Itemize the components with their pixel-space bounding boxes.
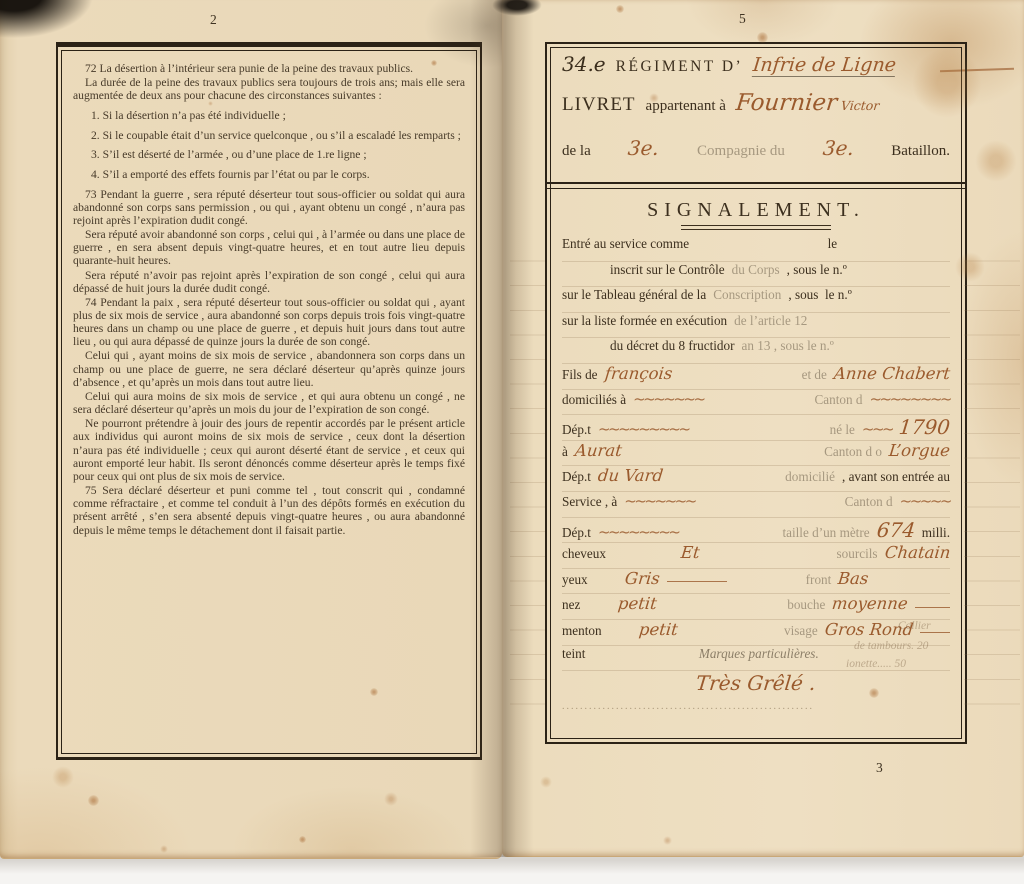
printed-text: Service , à: [562, 494, 617, 510]
owner-firstname-handwritten: Victor: [840, 98, 880, 113]
form-row: mentonpetitvisageGros Rond: [562, 620, 950, 646]
form-row: yeuxGrisfrontBas: [562, 569, 950, 595]
printed-text-faded: Conscription: [713, 287, 781, 303]
form-row: inscrit sur le Contrôledu Corps, sous le…: [562, 262, 950, 288]
paragraph: 1. Si la désertion n’a pas été individue…: [73, 109, 465, 122]
eyes-handwritten: Gris: [624, 569, 661, 588]
form-row: Entré au service commele: [562, 236, 950, 262]
forehead-handwritten: Bas: [837, 569, 869, 588]
squiggle-mark: ~~~~~~~: [624, 492, 694, 510]
form-row: teintMarques particulières.: [562, 646, 950, 672]
printed-text: cheveux: [562, 546, 606, 562]
owner-surname-handwritten: Fournier: [735, 90, 839, 116]
appartenant-label-printed: appartenant à: [646, 98, 726, 115]
face-handwritten: Gros Rond: [824, 620, 914, 639]
livret-header: 34.eRÉGIMENT D’Infrie de LigneLIVRETappa…: [547, 44, 965, 180]
printed-text: Dép.t: [562, 525, 591, 541]
title-underline: [681, 225, 831, 230]
squiggle-mark: ~~~: [862, 420, 892, 438]
dotted-leader: ........................................…: [562, 701, 814, 712]
regiment-number-handwritten: 34.e: [562, 52, 606, 76]
paragraph: 74 Pendant la paix , sera réputé déserte…: [73, 296, 465, 349]
hair-handwritten: Et: [680, 543, 701, 562]
father-name-handwritten: françois: [604, 364, 673, 383]
form-row: sur la liste formée en exécutionde l’art…: [562, 313, 950, 339]
squiggle-mark: ~~~~~~~: [633, 390, 703, 408]
paragraph: 3. S’il est déserté de l’armée , ou d’un…: [73, 148, 465, 161]
printed-frame-right: 34.eRÉGIMENT D’Infrie de LigneLIVRETappa…: [545, 42, 967, 744]
printed-text-faded: de l’article 12: [734, 313, 807, 329]
form-row: du décret du 8 fructidoran 13 , sous le …: [562, 338, 950, 364]
squiggle-mark: ~~~~~~~~: [598, 523, 679, 541]
distinguishing-marks-handwritten: Très Grêlé .: [695, 671, 817, 695]
printed-text-faded: front: [806, 572, 832, 588]
paragraph: 2. Si le coupable était d’un service que…: [73, 129, 465, 142]
printed-text: le: [828, 236, 838, 252]
printed-text: sur le Tableau général de la: [562, 287, 706, 303]
form-row: Dép.tdu Varddomicilié, avant son entrée …: [562, 466, 950, 492]
printed-text: teint: [562, 646, 585, 662]
paragraph: La durée de la peine des travaux publics…: [73, 76, 465, 102]
printed-text: Dép.t: [562, 422, 591, 438]
paragraph: Ne pourront prétendre à jouir des jours …: [73, 417, 465, 483]
squiggle-mark: ~~~~~: [900, 492, 950, 510]
signalement-title: SIGNALEMENT.: [547, 199, 965, 222]
regiment-type-handwritten: Infrie de Ligne: [752, 54, 897, 77]
printed-text: Entré au service comme: [562, 236, 689, 252]
printed-text: Fils de: [562, 367, 598, 383]
printed-text: menton: [562, 623, 602, 639]
paragraph: 73 Pendant la guerre , sera réputé déser…: [73, 188, 465, 227]
form-row: Fils defrançoiset deAnne Chabert: [562, 364, 950, 390]
form-row: Service , à~~~~~~~Canton d~~~~~: [562, 492, 950, 518]
legal-text-column: 72 La désertion à l’intérieur sera punie…: [58, 47, 480, 537]
regiment-label-printed: RÉGIMENT D’: [616, 58, 744, 76]
form-row: domiciliés à~~~~~~~Canton d~~~~~~~~: [562, 390, 950, 416]
printed-text-faded: bouche: [787, 597, 825, 613]
printed-text: du décret du 8 fructidor: [610, 338, 735, 354]
printed-text-faded: du Corps: [732, 262, 780, 278]
squiggle-mark: ~~~~~~~~: [869, 390, 950, 408]
form-row: sur le Tableau général de laConscription…: [562, 287, 950, 313]
printed-text: sur la liste formée en exécution: [562, 313, 727, 329]
printed-text: yeux: [562, 572, 588, 588]
printed-text-faded: domicilié: [785, 469, 835, 485]
printed-text-faded: Canton d: [845, 494, 893, 510]
chin-handwritten: petit: [638, 620, 679, 639]
page-number-right-top: 5: [739, 11, 746, 27]
printed-text: Bataillon.: [891, 143, 950, 160]
printed-text-faded: visage: [784, 623, 818, 639]
battalion-number-handwritten: 3e.: [821, 136, 854, 160]
printed-text-faded: Canton d: [814, 392, 862, 408]
page-number-left: 2: [210, 12, 217, 28]
livret-label-printed: LIVRET: [562, 94, 636, 116]
form-row: nezpetitbouchemoyenne: [562, 594, 950, 620]
printed-text: nez: [562, 597, 580, 613]
squiggle-mark: ~~~~~~~~~: [598, 420, 689, 438]
printed-text-faded: et de: [802, 367, 827, 383]
page-number-right-bottom: 3: [876, 760, 883, 776]
paragraph: 4. S’il a emporté des effets fournis par…: [73, 168, 465, 181]
header-row: de la3e.Compagnie du3e.Bataillon.: [562, 136, 950, 178]
header-row: LIVRETappartenant àFournierVictor: [562, 94, 950, 136]
ink-stroke: [920, 631, 950, 633]
printed-text-faded: sourcils: [837, 546, 878, 562]
company-number-handwritten: 3e.: [627, 136, 660, 160]
printed-text: milli.: [922, 525, 950, 541]
paragraph: Celui qui , ayant moins de six mois de s…: [73, 349, 465, 388]
nose-handwritten: petit: [617, 594, 658, 613]
paragraph: Sera réputé avoir abandonné son corps , …: [73, 228, 465, 267]
scanned-book-photo: 2 72 La désertion à l’intérieur sera pun…: [0, 0, 1024, 884]
printed-text: inscrit sur le Contrôle: [610, 262, 725, 278]
height-milli-handwritten: 674: [875, 518, 916, 542]
eyebrows-handwritten: Chatain: [884, 543, 951, 562]
canton-handwritten: L’orgue: [888, 441, 951, 460]
printed-text: , sous le n.º: [788, 287, 851, 303]
mother-name-handwritten: Anne Chabert: [833, 364, 951, 383]
form-row: Très Grêlé .: [562, 671, 950, 701]
double-rule-separator: [547, 182, 965, 189]
printed-text-faded: taille d’un mètre: [782, 525, 869, 541]
printed-text: Dép.t: [562, 469, 591, 485]
printed-text-faded: Compagnie du: [697, 143, 785, 160]
printed-italic-text: Marques particulières.: [699, 646, 819, 662]
form-row: Dép.t~~~~~~~~taille d’un mètre674milli.: [562, 518, 950, 544]
paragraph: Sera réputé n’avoir pas rejoint après l’…: [73, 269, 465, 295]
printed-text: à: [562, 444, 568, 460]
paragraph: 75 Sera déclaré déserteur et puni comme …: [73, 484, 465, 537]
ink-stroke: [915, 606, 950, 608]
signalement-form: Entré au service commeleinscrit sur le C…: [547, 236, 965, 726]
page-right: 5 3 34.eRÉGIMENT D’Infrie de LigneLIVRET…: [502, 0, 1024, 857]
printed-text: de la: [562, 143, 591, 160]
paragraph: Celui qui aura moins de six mois de serv…: [73, 390, 465, 416]
paragraph: 72 La désertion à l’intérieur sera punie…: [73, 62, 465, 75]
birthplace-handwritten: Aurat: [574, 441, 623, 460]
ink-stroke: [667, 580, 727, 582]
printed-frame-left: 72 La désertion à l’intérieur sera punie…: [56, 42, 482, 760]
printed-text: domiciliés à: [562, 392, 626, 408]
birth-year-handwritten: 1790: [898, 415, 951, 439]
form-row: cheveuxEtsourcilsChatain: [562, 543, 950, 569]
mouth-handwritten: moyenne: [831, 594, 909, 613]
form-row: àAuratCanton d oL’orgue: [562, 441, 950, 467]
printed-text: , sous le n.º: [787, 262, 847, 278]
header-row: 34.eRÉGIMENT D’Infrie de Ligne: [562, 52, 950, 94]
printed-text: , avant son entrée au: [842, 469, 950, 485]
form-row: Dép.t~~~~~~~~~né le~~~1790: [562, 415, 950, 441]
page-left: 2 72 La désertion à l’intérieur sera pun…: [0, 0, 502, 859]
department-handwritten: du Vard: [597, 466, 664, 485]
printed-text-faded: né le: [830, 422, 855, 438]
printed-text-faded: an 13 , sous le n.º: [742, 338, 834, 354]
printed-text-faded: Canton d o: [824, 444, 882, 460]
form-row: ........................................…: [562, 701, 950, 726]
